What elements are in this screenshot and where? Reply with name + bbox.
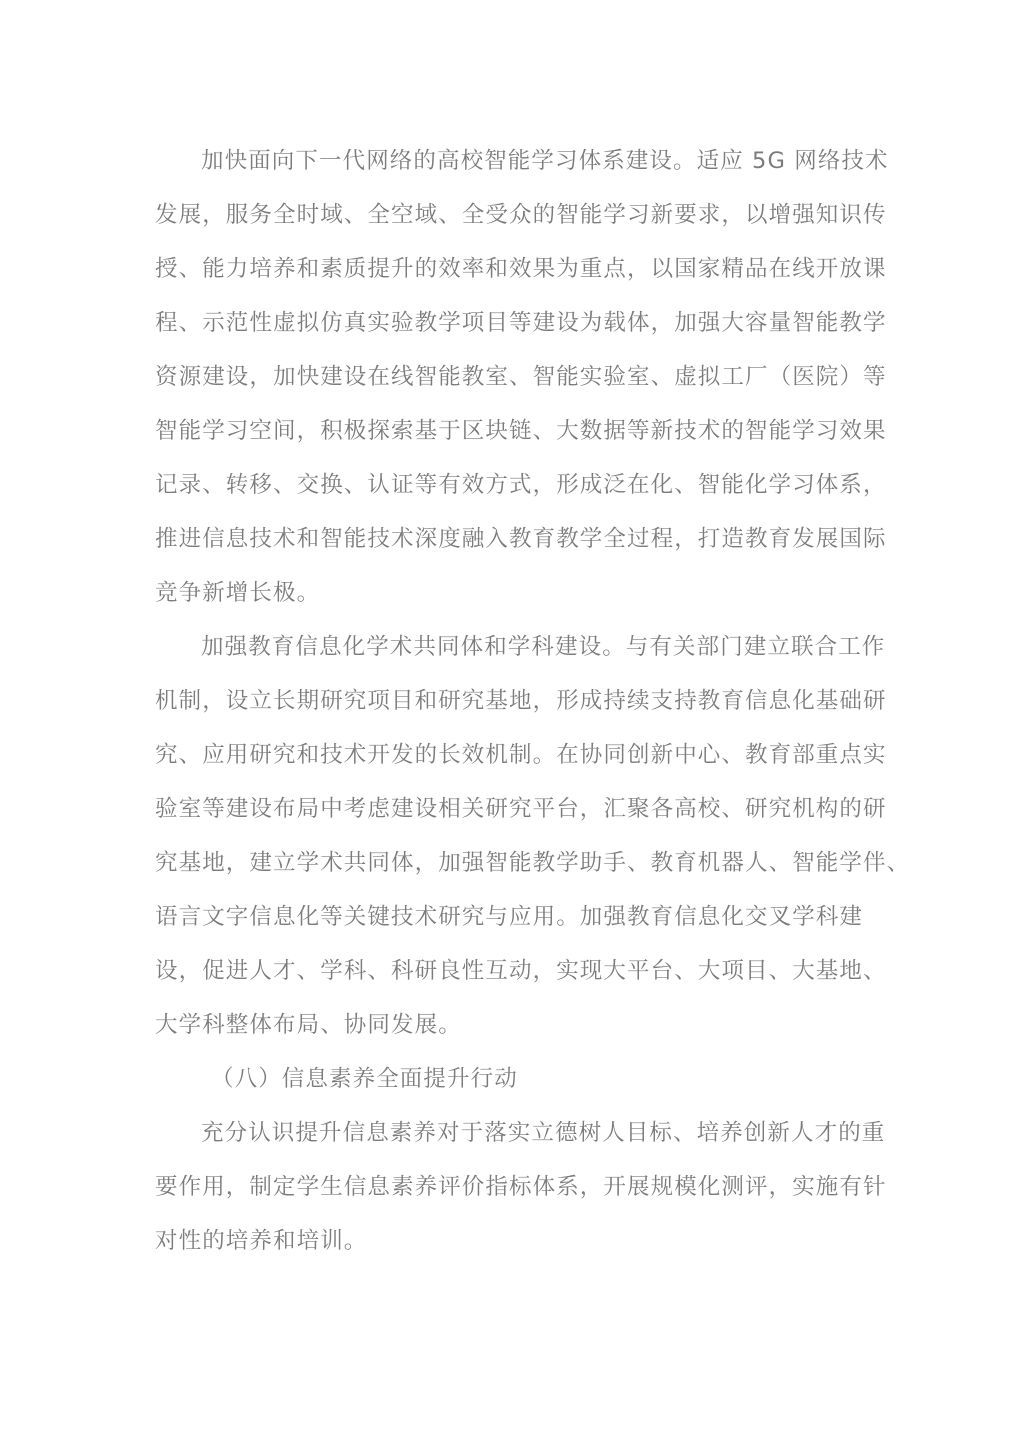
text-line: 记录、转移、交换、认证等有效方式，形成泛在化、智能化学习体系，	[155, 458, 871, 512]
text-line: 推进信息技术和智能技术深度融入教育教学全过程，打造教育发展国际	[155, 512, 871, 566]
text-line: 加快面向下一代网络的高校智能学习体系建设。适应 5G 网络技术	[155, 134, 871, 188]
text-line: 智能学习空间，积极探索基于区块链、大数据等新技术的智能学习效果	[155, 404, 871, 458]
text-line: 发展，服务全时域、全空域、全受众的智能学习新要求，以增强知识传	[155, 188, 871, 242]
text-line: 充分认识提升信息素养对于落实立德树人目标、培养创新人才的重	[155, 1106, 871, 1160]
text-line: 授、能力培养和素质提升的效率和效果为重点，以国家精品在线开放课	[155, 242, 871, 296]
text-line: 究基地，建立学术共同体，加强智能教学助手、教育机器人、智能学伴、	[155, 836, 871, 890]
text-line: 程、示范性虚拟仿真实验教学项目等建设为载体，加强大容量智能教学	[155, 296, 871, 350]
text-line: 大学科整体布局、协同发展。	[155, 998, 871, 1052]
document-page: 加快面向下一代网络的高校智能学习体系建设。适应 5G 网络技术 发展，服务全时域…	[155, 134, 871, 1268]
text-line: 资源建设，加快建设在线智能教室、智能实验室、虚拟工厂（医院）等	[155, 350, 871, 404]
paragraph-information-literacy: 充分认识提升信息素养对于落实立德树人目标、培养创新人才的重 要作用，制定学生信息…	[155, 1106, 871, 1268]
text-line: 究、应用研究和技术开发的长效机制。在协同创新中心、教育部重点实	[155, 728, 871, 782]
text-line: 设，促进人才、学科、科研良性互动，实现大平台、大项目、大基地、	[155, 944, 871, 998]
text-line: 对性的培养和培训。	[155, 1214, 871, 1268]
text-line: 机制，设立长期研究项目和研究基地，形成持续支持教育信息化基础研	[155, 674, 871, 728]
paragraph-academic-community: 加强教育信息化学术共同体和学科建设。与有关部门建立联合工作 机制，设立长期研究项…	[155, 620, 871, 1052]
text-line: 验室等建设布局中考虑建设相关研究平台，汇聚各高校、研究机构的研	[155, 782, 871, 836]
text-line: 加强教育信息化学术共同体和学科建设。与有关部门建立联合工作	[155, 620, 871, 674]
text-line: 要作用，制定学生信息素养评价指标体系，开展规模化测评，实施有针	[155, 1160, 871, 1214]
text-line: 语言文字信息化等关键技术研究与应用。加强教育信息化交叉学科建	[155, 890, 871, 944]
text-line: 竞争新增长极。	[155, 566, 871, 620]
paragraph-smart-learning-system: 加快面向下一代网络的高校智能学习体系建设。适应 5G 网络技术 发展，服务全时域…	[155, 134, 871, 620]
heading-line: （八）信息素养全面提升行动	[155, 1052, 871, 1106]
section-heading: （八）信息素养全面提升行动	[155, 1052, 871, 1106]
